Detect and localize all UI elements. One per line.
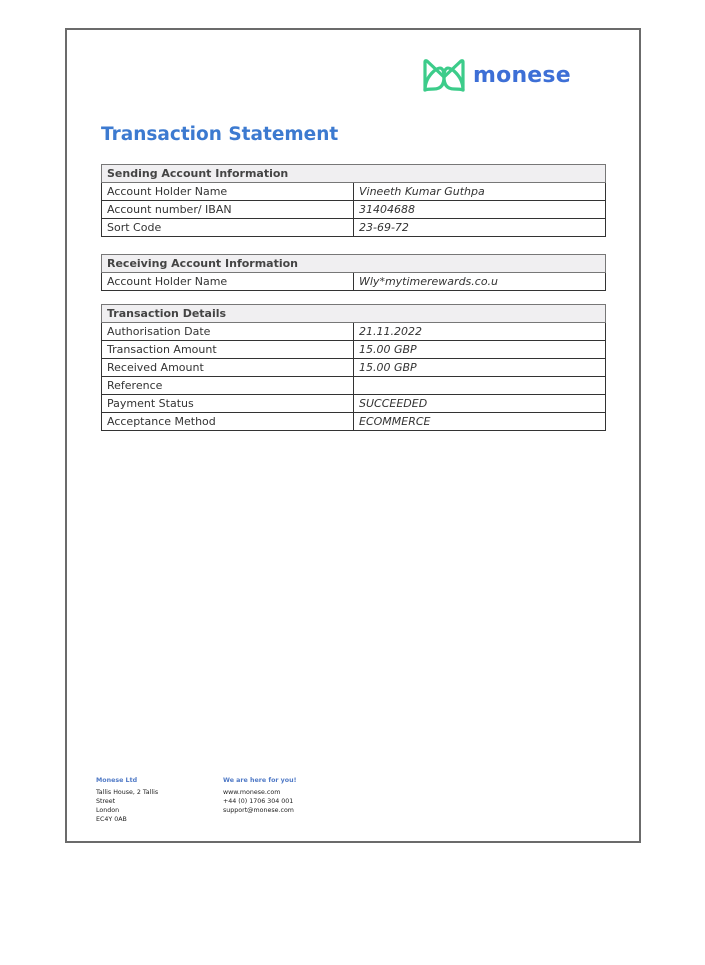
section-heading: Transaction Details [102,305,606,323]
footer-company-heading: Monese Ltd [96,776,158,785]
monese-logo: monese [422,56,571,94]
field-value: 23-69-72 [354,219,606,237]
field-value: Wly*mytimerewards.co.u [354,273,606,291]
footer-address-line: Tallis House, 2 Tallis [96,788,158,797]
receiving-account-table: Receiving Account Information Account Ho… [101,254,606,291]
table-row: Reference [102,377,606,395]
field-value: 31404688 [354,201,606,219]
field-value: 15.00 GBP [354,341,606,359]
logo-wordmark: monese [473,63,571,88]
sending-account-table: Sending Account Information Account Hold… [101,164,606,237]
footer-address-line: London [96,806,158,815]
monese-m-logo-icon [422,57,466,93]
footer-website: www.monese.com [223,788,296,797]
table-row: Received Amount 15.00 GBP [102,359,606,377]
field-value: 21.11.2022 [354,323,606,341]
transaction-details-table: Transaction Details Authorisation Date 2… [101,304,606,431]
field-value: Vineeth Kumar Guthpa [354,183,606,201]
field-value: 15.00 GBP [354,359,606,377]
field-value [354,377,606,395]
footer-address-line: EC4Y 0AB [96,815,158,824]
field-label: Received Amount [102,359,354,377]
table-row: Sort Code 23-69-72 [102,219,606,237]
statement-page: monese Transaction Statement Sending Acc… [65,28,641,843]
field-value: SUCCEEDED [354,395,606,413]
table-row: Account Holder Name Vineeth Kumar Guthpa [102,183,606,201]
footer-email: support@monese.com [223,806,296,815]
field-label: Authorisation Date [102,323,354,341]
field-label: Payment Status [102,395,354,413]
table-row: Payment Status SUCCEEDED [102,395,606,413]
table-row: Transaction Amount 15.00 GBP [102,341,606,359]
field-label: Sort Code [102,219,354,237]
table-row: Account number/ IBAN 31404688 [102,201,606,219]
footer-address-line: Street [96,797,158,806]
field-label: Acceptance Method [102,413,354,431]
field-label: Reference [102,377,354,395]
table-row: Acceptance Method ECOMMERCE [102,413,606,431]
footer-contact-heading: We are here for you! [223,776,296,785]
footer-phone: +44 (0) 1706 304 001 [223,797,296,806]
field-label: Account Holder Name [102,273,354,291]
section-heading: Receiving Account Information [102,255,606,273]
footer-company: Monese Ltd Tallis House, 2 Tallis Street… [96,776,158,824]
page-title: Transaction Statement [101,124,338,145]
field-label: Account Holder Name [102,183,354,201]
field-label: Account number/ IBAN [102,201,354,219]
field-value: ECOMMERCE [354,413,606,431]
field-label: Transaction Amount [102,341,354,359]
table-row: Account Holder Name Wly*mytimerewards.co… [102,273,606,291]
table-row: Authorisation Date 21.11.2022 [102,323,606,341]
section-heading: Sending Account Information [102,165,606,183]
footer-contact: We are here for you! www.monese.com +44 … [223,776,296,815]
